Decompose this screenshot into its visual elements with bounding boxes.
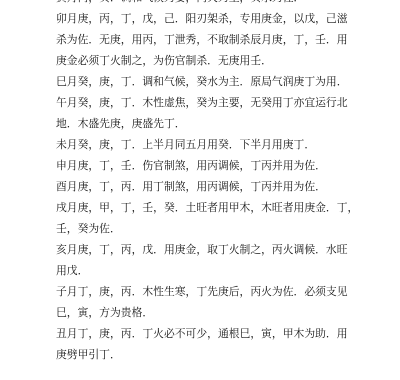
text-line: 地．木盛先庚，庚盛先丁． (56, 113, 356, 134)
text-line: 庚金必须丁火制之，为伤官制杀．无庚用壬． (56, 50, 356, 71)
text-line: 申月庚，丁，壬．伤官制煞，用丙调候，丁丙并用为佐． (56, 155, 356, 176)
text-line: 用戊． (56, 260, 356, 281)
text-line: 寅月丙，癸．调和气候为要，丙火为主，癸水为佐． (56, 0, 356, 8)
text-line: 酉月庚，丁，丙．用丁制煞，用丙调候，丁丙并用为佐． (56, 176, 356, 197)
text-line: 丑月丁，庚，丙．丁火必不可少，通根巳，寅，甲木为助．用 (56, 323, 356, 344)
document-body: 寅月丙，癸．调和气候为要，丙火为主，癸水为佐． 卯月庚，丙，丁，戊，己．阳刃架杀… (56, 0, 356, 365)
text-line: 杀为佐．无庚，用丙，丁泄秀，不取制杀辰月庚，丁，壬．用 (56, 29, 356, 50)
text-line: 卯月庚，丙，丁，戊，己．阳刃架杀，专用庚金，以戊，己滋 (56, 8, 356, 29)
text-line: 亥月庚，丁，丙，戊．用庚金，取丁火制之，丙火调候．水旺 (56, 239, 356, 260)
text-line: 午月癸，庚，丁．木性虚焦，癸为主要，无癸用丁亦宜运行北 (56, 92, 356, 113)
text-line: 巳月癸，庚，丁．调和气候，癸水为主．原局气润庚丁为用． (56, 71, 356, 92)
text-line: 巳，寅，方为贵格． (56, 302, 356, 323)
document-page: 寅月丙，癸．调和气候为要，丙火为主，癸水为佐． 卯月庚，丙，丁，戊，己．阳刃架杀… (0, 0, 400, 380)
text-line: 未月癸，庚，丁．上半月同五月用癸．下半月用庚丁． (56, 134, 356, 155)
text-line: 庚劈甲引丁． (56, 344, 356, 365)
text-line: 戌月庚，甲，丁，壬，癸．土旺者用甲木，木旺者用庚金．丁， (56, 197, 356, 218)
text-line: 壬，癸为佐． (56, 218, 356, 239)
text-line: 子月丁，庚，丙．木性生寒，丁先庚后，丙火为佐．必须支见 (56, 281, 356, 302)
